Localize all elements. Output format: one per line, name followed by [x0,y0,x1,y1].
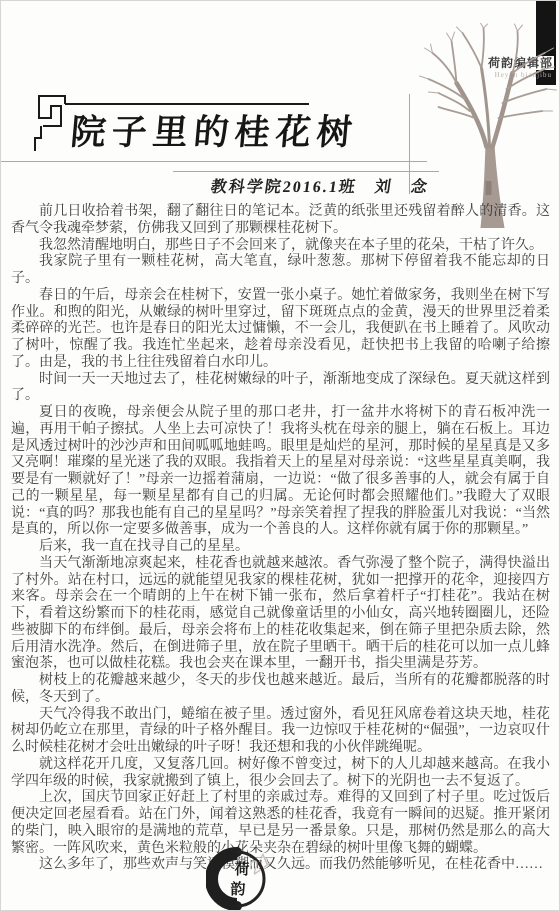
article-paragraph: 天气冷得我不敢出门，蜷缩在被子里。透过窗外，看见狂风席卷着这块天地，桂花树却仍屹… [11,707,550,757]
logo-char-bottom: 韵 [230,880,245,898]
article-paragraph: 我家院子里有一颗桂花树，高大笔直，绿叶葱葱。那树下停留着我不能忘却的日子。 [11,254,550,288]
article-body: 前几日收拾着书架，翻了翻往日的笔记本。泛黄的纸张里还残留着醉人的清香。这香气令我… [11,204,550,874]
article-paragraph: 后来，我一直在找寻自己的星星。 [11,539,550,556]
article-paragraph: 就这样花开几度，又复落几回。树好像不曾变过，树下的人儿却越来越高。在我小学四年级… [11,757,550,791]
byline-overline [173,171,439,172]
article-paragraph: 我忽然清醒地明白，那些日子不会回来了，就像夹在本子里的花朵，干枯了许久。 [11,238,550,255]
article-paragraph: 夏日的夜晚，母亲便会从院子里的那口老井，打一盆井水将树下的青石板冲洗一遍，再用干… [11,405,550,539]
article-paragraph: 这么多年了，那些欢声与笑语模糊而又久远。而我仍然能够听见，在桂花香中…… [11,857,550,874]
article-paragraph: 春日的午后，母亲会在桂树下，安置一张小桌子。她忙着做家务，我则坐在树下写作业。和… [11,288,550,372]
byline: 教科学院2016.1班 刘 念 [209,174,430,197]
page-title: 院子里的桂花树 [69,105,360,155]
article-paragraph: 前几日收拾着书架，翻了翻往日的笔记本。泛黄的纸张里还残留着醉人的清香。这香气令我… [11,204,550,238]
magazine-page: 荷韵编辑部 Heyun bianjibu [0,0,560,911]
article-paragraph: 树枝上的花瓣越来越少，冬天的步伐也越来越近。最后，当所有的花瓣都脱落的时候，冬天… [11,673,550,707]
article-paragraph: 时间一天一天地过去了，桂花树嫩绿的叶子，渐渐地变成了深绿色。夏天就这样到了。 [11,372,550,406]
title-underline [1,161,427,162]
tree-illustration [413,23,560,228]
article-paragraph: 当天气渐渐地凉爽起来，桂花香也就越来越浓。香气弥漫了整个院子，满得快溢出了村外。… [11,556,550,673]
article-paragraph: 上次，国庆节回家正好赶上了村里的亲戚过寿。难得的又回到了村子里。吃过饭后便决定回… [11,790,550,857]
